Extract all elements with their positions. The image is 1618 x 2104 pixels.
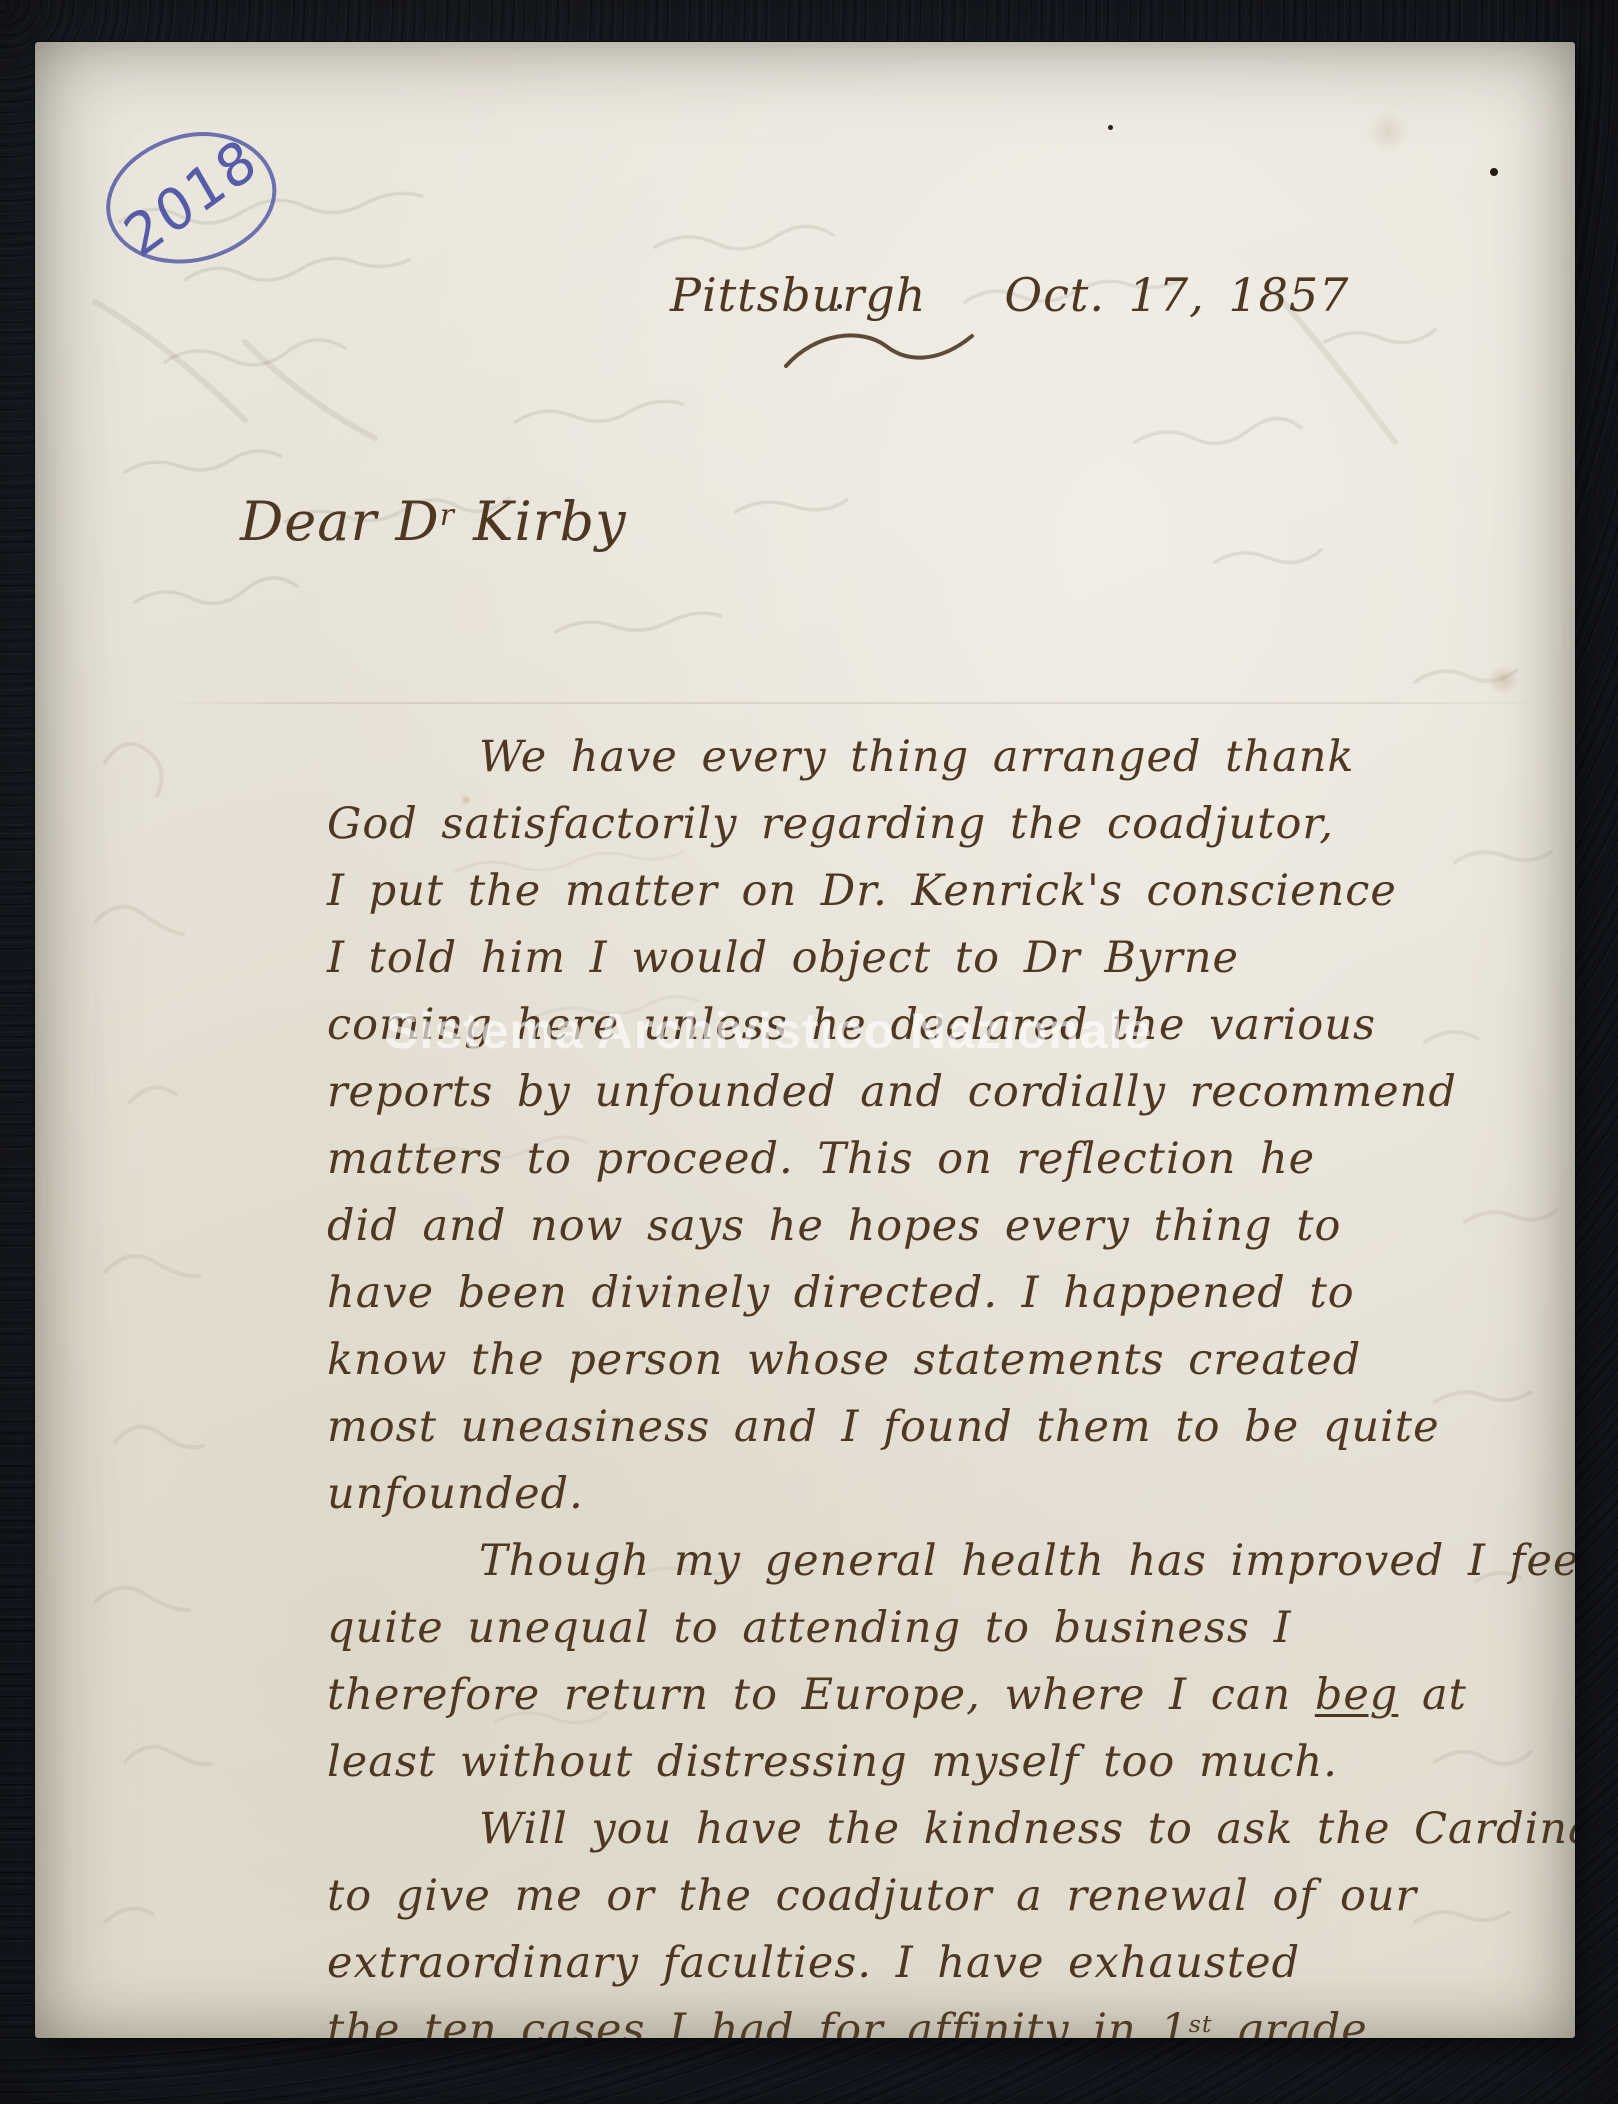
letter-line: matters to proceed. This on reflection h… <box>327 1134 1575 1201</box>
ink-speck <box>1108 125 1113 130</box>
underlined-word: beg <box>1315 1670 1399 1720</box>
letter-page: 2018 PittsburghOct. 17, 1857 Dear Dr Kir… <box>35 42 1575 2038</box>
paper-stain <box>1365 112 1411 152</box>
ink-speck <box>837 304 842 309</box>
scan-background: 2018 PittsburghOct. 17, 1857 Dear Dr Kir… <box>0 0 1618 2104</box>
dateline-place: Pittsburgh <box>670 268 926 322</box>
letter-line: have been divinely directed. I happened … <box>327 1268 1575 1335</box>
archive-number: 2018 <box>114 125 268 270</box>
dateline-date: Oct. 17, 1857 <box>1004 268 1349 322</box>
letter-line: Though my general health has improved I … <box>327 1536 1575 1603</box>
salutation-text: Kirby <box>455 490 627 553</box>
letter-line: quite unequal to attending to business I <box>327 1603 1575 1670</box>
letter-line: therefore return to Europe, where I can … <box>327 1670 1575 1737</box>
letter-line: did and now says he hopes every thing to <box>327 1201 1575 1268</box>
letter-line: God satisfactorily regarding the coadjut… <box>327 799 1575 866</box>
ordinal-superscript: st <box>1189 2010 1213 2038</box>
letter-line: unfounded. <box>327 1469 1575 1536</box>
letter-line: to give me or the coadjutor a renewal of… <box>327 1871 1575 1938</box>
letter-line: We have every thing arranged thank <box>327 732 1575 799</box>
letter-line: I put the matter on Dr. Kenrick's consci… <box>327 866 1575 933</box>
letter-line: reports by unfounded and cordially recom… <box>327 1067 1575 1134</box>
paper-stain <box>1487 666 1519 694</box>
ink-speck <box>1490 168 1498 176</box>
salutation-superscript: r <box>440 498 455 533</box>
letter-line: extraordinary faculties. I have exhauste… <box>327 1938 1575 2005</box>
archive-watermark: Sistema Archivistico Nazionale <box>385 1002 1152 1060</box>
archive-number-stamp: 2018 <box>92 115 290 281</box>
letter-line: most uneasiness and I found them to be q… <box>327 1402 1575 1469</box>
letter-line: least without distressing myself too muc… <box>327 1737 1575 1804</box>
letter-line: the ten cases I had for affinity in 1st … <box>327 2005 1575 2038</box>
dateline: PittsburghOct. 17, 1857 <box>670 268 1349 322</box>
paper-crease <box>155 702 1555 704</box>
letter-body: We have every thing arranged thank God s… <box>327 732 1575 2038</box>
salutation-text: Dear D <box>240 490 440 553</box>
pen-flourish <box>780 324 980 384</box>
letter-line: Will you have the kindness to ask the Ca… <box>327 1804 1575 1871</box>
letter-line: I told him I would object to Dr Byrne <box>327 933 1575 1000</box>
letter-line: know the person whose statements created <box>327 1335 1575 1402</box>
salutation: Dear Dr Kirby <box>240 490 627 553</box>
